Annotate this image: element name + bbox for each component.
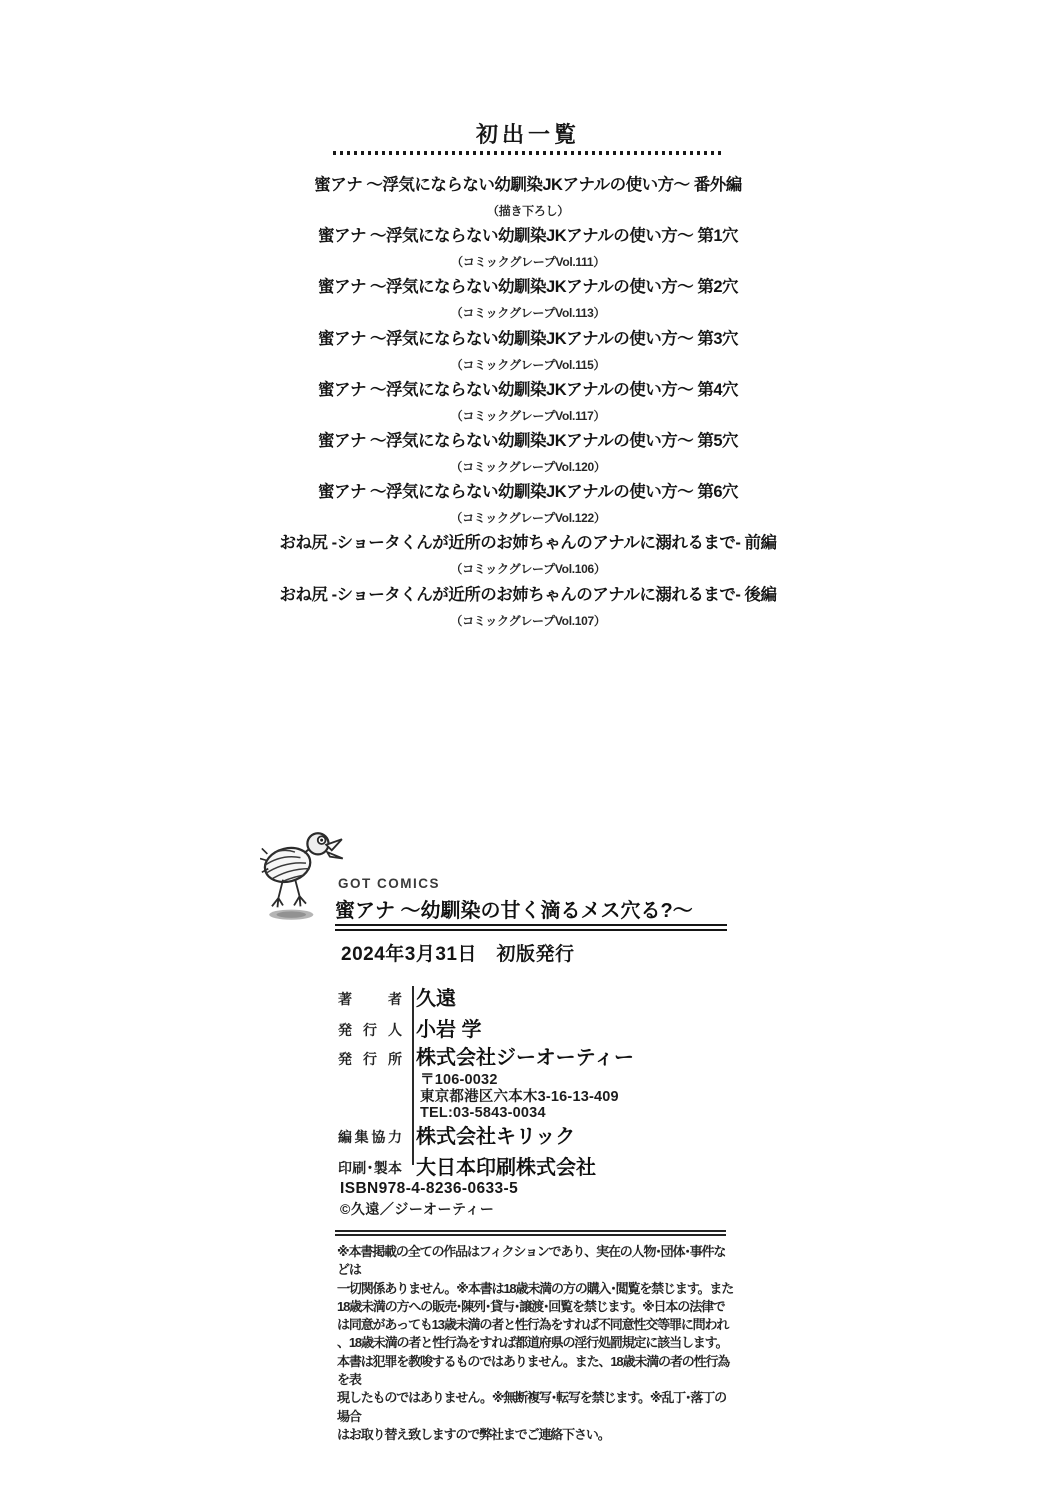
list-item: 蜜アナ ～浮気にならない幼馴染JKアナルの使い方～ 第6穴 （コミックグレープV… xyxy=(268,479,788,530)
credit-value: 小岩 学 xyxy=(402,1017,482,1043)
chapter-source: （コミックグレープVol.107） xyxy=(268,609,788,633)
colophon-credits: 著者 久遠 発行人 小岩 学 発行所 株式会社ジーオーティー 〒106-0032… xyxy=(335,983,727,1184)
copyright: ©久遠／ジーオーティー xyxy=(340,1199,494,1219)
chapter-source: （コミックグレープVol.106） xyxy=(268,557,788,581)
credit-row-printing: 印刷･製本 大日本印刷株式会社 xyxy=(335,1153,727,1184)
title-double-rule xyxy=(335,924,727,931)
credit-value: 大日本印刷株式会社 xyxy=(402,1155,596,1181)
chapter-title: 蜜アナ ～浮気にならない幼馴染JKアナルの使い方～ 第1穴 xyxy=(268,223,788,250)
chapter-title: 蜜アナ ～浮気にならない幼馴染JKアナルの使い方～ 第3穴 xyxy=(268,326,788,353)
credit-label: 発行所 xyxy=(338,1049,402,1069)
disclaimer-double-rule xyxy=(335,1230,726,1236)
credits-divider-line xyxy=(412,986,414,1165)
credit-row-publisher-company: 発行所 株式会社ジーオーティー 〒106-0032 東京都港区六本木3-16-1… xyxy=(335,1045,727,1122)
credit-label: 編集協力 xyxy=(338,1127,402,1147)
first-publication-list: 蜜アナ ～浮気にならない幼馴染JKアナルの使い方～ 番外編 （描き下ろし） 蜜ア… xyxy=(268,172,788,633)
credit-value: 株式会社ジーオーティー xyxy=(402,1045,634,1071)
chapter-title: おね尻 -ショータくんが近所のお姉ちゃんのアナルに溺れるまで- 後編 xyxy=(268,582,788,609)
publisher-address: 〒106-0032 東京都港区六本木3-16-13-409 TEL:03-584… xyxy=(402,1072,634,1122)
colophon-page: 初出一覧 蜜アナ ～浮気にならない幼馴染JKアナルの使い方～ 番外編 （描き下ろ… xyxy=(0,0,1057,1500)
dotted-divider xyxy=(333,151,723,155)
chapter-source: （コミックグレープVol.113） xyxy=(268,301,788,325)
edition-date: 2024年3月31日 初版発行 xyxy=(341,939,574,966)
chapter-source: （コミックグレープVol.111） xyxy=(268,250,788,274)
chapter-title: 蜜アナ ～浮気にならない幼馴染JKアナルの使い方～ 番外編 xyxy=(268,172,788,199)
chapter-source: （コミックグレープVol.122） xyxy=(268,506,788,530)
list-item: 蜜アナ ～浮気にならない幼馴染JKアナルの使い方～ 第3穴 （コミックグレープV… xyxy=(268,326,788,377)
book-title: 蜜アナ ～幼馴染の甘く滴るメス穴る?～ xyxy=(335,894,735,923)
list-item: 蜜アナ ～浮気にならない幼馴染JKアナルの使い方～ 第1穴 （コミックグレープV… xyxy=(268,223,788,274)
chapter-source: （コミックグレープVol.120） xyxy=(268,455,788,479)
credit-value: 久遠 xyxy=(402,986,456,1012)
credit-row-author: 著者 久遠 xyxy=(335,983,727,1014)
list-item: 蜜アナ ～浮気にならない幼馴染JKアナルの使い方～ 第2穴 （コミックグレープV… xyxy=(268,274,788,325)
chapter-title: おね尻 -ショータくんが近所のお姉ちゃんのアナルに溺れるまで- 前編 xyxy=(268,530,788,557)
chapter-source: （コミックグレープVol.117） xyxy=(268,404,788,428)
list-item: おね尻 -ショータくんが近所のお姉ちゃんのアナルに溺れるまで- 前編 （コミック… xyxy=(268,530,788,581)
credit-value: 株式会社キリック xyxy=(402,1124,575,1150)
list-item: 蜜アナ ～浮気にならない幼馴染JKアナルの使い方～ 第5穴 （コミックグレープV… xyxy=(268,428,788,479)
list-item: 蜜アナ ～浮気にならない幼馴染JKアナルの使い方～ 番外編 （描き下ろし） xyxy=(268,172,788,223)
chapter-title: 蜜アナ ～浮気にならない幼馴染JKアナルの使い方～ 第5穴 xyxy=(268,428,788,455)
credit-row-publisher-person: 発行人 小岩 学 xyxy=(335,1014,727,1045)
credit-row-editing: 編集協力 株式会社キリック xyxy=(335,1122,727,1153)
list-item: 蜜アナ ～浮気にならない幼馴染JKアナルの使い方～ 第4穴 （コミックグレープV… xyxy=(268,377,788,428)
publisher-info: 株式会社ジーオーティー 〒106-0032 東京都港区六本木3-16-13-40… xyxy=(402,1045,634,1122)
isbn: ISBN978-4-8236-0633-5 xyxy=(340,1180,518,1198)
list-item: おね尻 -ショータくんが近所のお姉ちゃんのアナルに溺れるまで- 後編 （コミック… xyxy=(268,582,788,633)
chapter-title: 蜜アナ ～浮気にならない幼馴染JKアナルの使い方～ 第4穴 xyxy=(268,377,788,404)
credit-label: 発行人 xyxy=(338,1020,402,1040)
chapter-title: 蜜アナ ～浮気にならない幼馴染JKアナルの使い方～ 第2穴 xyxy=(268,274,788,301)
chapter-source: （コミックグレープVol.115） xyxy=(268,353,788,377)
chapter-source: （描き下ろし） xyxy=(268,199,788,223)
disclaimer-text: ※本書掲載の全ての作品はフィクションであり、実在の人物･団体･事件などは 一切関… xyxy=(337,1243,737,1444)
credit-label: 印刷･製本 xyxy=(338,1158,402,1178)
chapter-title: 蜜アナ ～浮気にならない幼馴染JKアナルの使い方～ 第6穴 xyxy=(268,479,788,506)
imprint-label: GOT COMICS xyxy=(338,876,440,891)
credit-label: 著者 xyxy=(338,989,402,1009)
first-publication-heading: 初出一覧 xyxy=(278,118,778,149)
